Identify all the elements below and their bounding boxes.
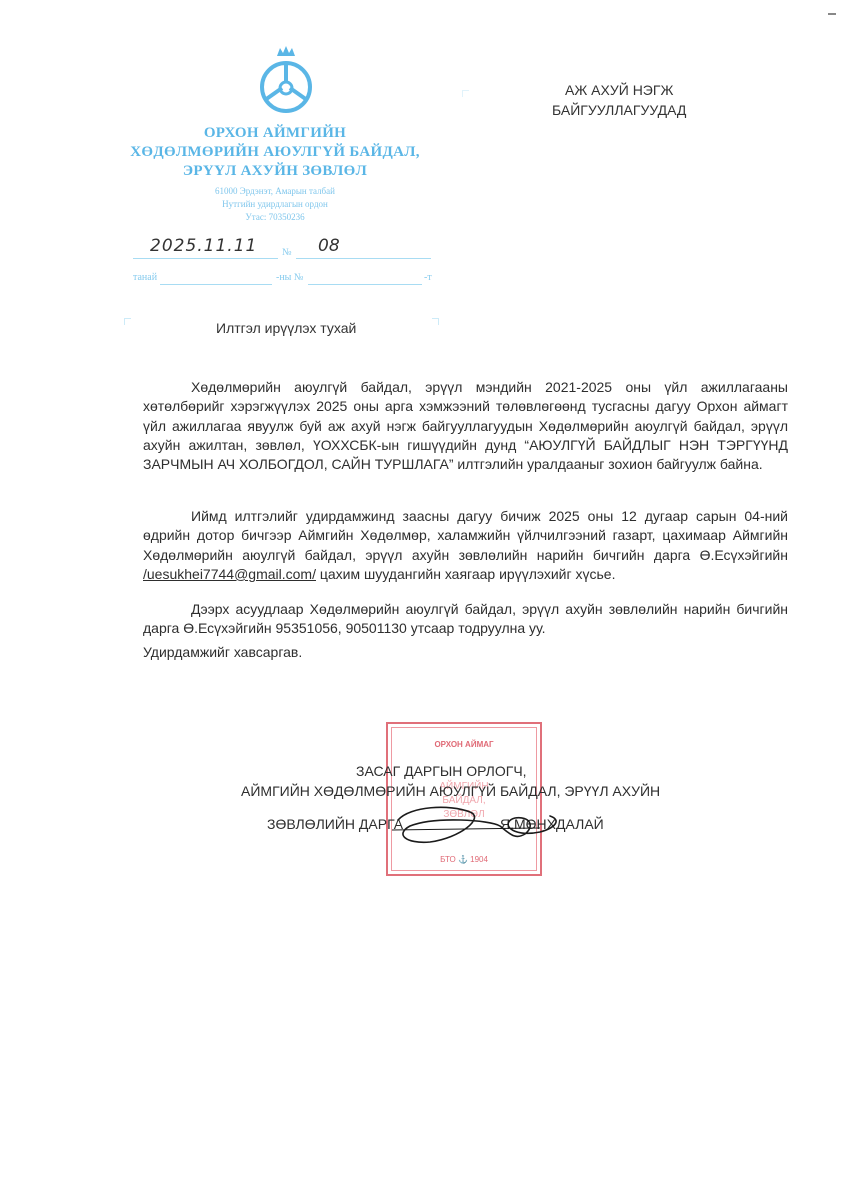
recipient: АЖ АХУЙ НЭГЖ БАЙГУУЛЛАГУУДАД xyxy=(552,80,686,120)
stamp-top-text: ОРХОН АЙМАГ xyxy=(388,740,540,749)
subject-line: Илтгэл ирүүлэх тухай xyxy=(216,320,356,336)
body-paragraph-3: Дээрх асуудлаар Хөдөлмөрийн аюулгүй байд… xyxy=(143,600,788,639)
date-underline xyxy=(133,258,278,259)
email-link[interactable]: /uesukhei7744@gmail.com/ xyxy=(143,566,316,582)
stamp-bottom-text: БТО ⚓ 1904 xyxy=(388,855,540,864)
org-address-line-1: 61000 Эрдэнэт, Амарын талбай xyxy=(110,185,440,197)
orkhon-emblem-icon xyxy=(255,44,317,116)
paragraph-2-tail: цахим шуудангийн хаягаар ирүүлэхийг хүсь… xyxy=(316,566,615,582)
letter-date: 2025.11.11 xyxy=(150,236,257,256)
recipient-line-1: АЖ АХУЙ НЭГЖ xyxy=(552,80,686,100)
signer-title-3: ЗӨВЛӨЛИЙН ДАРГА xyxy=(267,816,403,832)
org-address-line-2: Нутгийн удирдлагын ордон xyxy=(110,198,440,210)
your-ref-underline xyxy=(160,284,272,285)
corner-mark-left xyxy=(124,318,131,325)
body-paragraph-1: Хөдөлмөрийн аюулгүй байдал, эрүүл мэндий… xyxy=(143,378,788,474)
ref-suffix: -т xyxy=(424,272,432,283)
number-underline xyxy=(296,258,431,259)
handwritten-signature xyxy=(390,798,570,848)
of-number-label: -ны № xyxy=(276,272,303,283)
org-address-line-3: Утас: 70350236 xyxy=(110,211,440,223)
paragraph-2-text: Иймд илтгэлийг удирдамжинд заасны дагуу … xyxy=(143,508,788,563)
paragraph-4-text: Удирдамжийг хавсаргав. xyxy=(143,644,302,660)
letter-number: 08 xyxy=(318,236,340,256)
corner-mark-right xyxy=(432,318,439,325)
org-name-line-1: ОРХОН АЙМГИЙН xyxy=(110,124,440,143)
signer-title-1: ЗАСАГ ДАРГЫН ОРЛОГЧ, xyxy=(356,763,527,779)
scan-mark xyxy=(828,13,836,15)
of-number-underline xyxy=(308,284,422,285)
body-paragraph-2: Иймд илтгэлийг удирдамжинд заасны дагуу … xyxy=(143,507,788,584)
org-name-line-3: ЭРҮҮЛ АХУЙН ЗӨВЛӨЛ xyxy=(110,162,440,181)
paragraph-1-text: Хөдөлмөрийн аюулгүй байдал, эрүүл мэндий… xyxy=(143,379,788,472)
corner-mark-recipient xyxy=(462,90,469,97)
number-label: № xyxy=(282,247,292,258)
org-name-line-2: ХӨДӨЛМӨРИЙН АЮУЛГҮЙ БАЙДАЛ, xyxy=(110,143,440,162)
recipient-line-2: БАЙГУУЛЛАГУУДАД xyxy=(552,100,686,120)
signer-title-2: АЙМГИЙН ХӨДӨЛМӨРИЙН АЮУЛГҮЙ БАЙДАЛ, ЭРҮҮ… xyxy=(241,783,660,799)
body-paragraph-4: Удирдамжийг хавсаргав. xyxy=(143,643,788,662)
paragraph-3-text: Дээрх асуудлаар Хөдөлмөрийн аюулгүй байд… xyxy=(143,601,788,636)
your-label: танай xyxy=(133,272,157,283)
